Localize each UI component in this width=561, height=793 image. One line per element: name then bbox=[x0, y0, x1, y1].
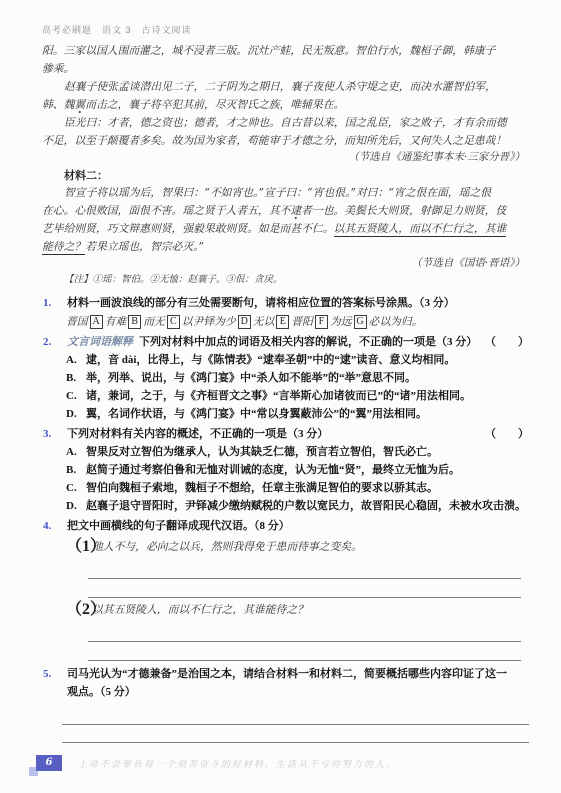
option-text: 举，列举、说出，与《鸿门宴》中“杀人如不能举”的“举”意思不同。 bbox=[86, 369, 416, 387]
option-label: B. bbox=[66, 461, 86, 479]
question-2-option-b[interactable]: B.举，列举、说出，与《鸿门宴》中“杀人如不能举”的“举”意思不同。 bbox=[42, 369, 529, 387]
question-5-text-line1: 司马光认为“才德兼备”是治国之本，请结合材料一和材料二，简要概括哪些内容印证了这… bbox=[67, 665, 529, 683]
answer-area-4-1 bbox=[88, 560, 521, 598]
underlined-sentence: 能待之？ bbox=[42, 240, 85, 255]
answer-line[interactable] bbox=[88, 560, 521, 579]
page-footer: 6 上帝不会辜负每一个刻苦奋斗的好材料，生活从不亏待努力的人。 bbox=[36, 755, 397, 771]
sub-item-sentence: 他人不与，必向之以兵，然则我得免于患而待事之变矣。 bbox=[92, 538, 362, 555]
question-3-option-c[interactable]: C.智伯向魏桓子索地，魏桓子不想给，任章主张满足智伯的要求以骄其志。 bbox=[42, 479, 529, 497]
sentence-segment: 必以为归。 bbox=[369, 315, 423, 328]
question-4-text: 把文中画横线的句子翻译成现代汉语。（8 分） bbox=[67, 517, 529, 535]
answer-area-5 bbox=[62, 707, 529, 743]
answer-line[interactable] bbox=[88, 642, 521, 661]
footnote: 【注】①瑶：智伯。②无恤：赵襄子。③佷：贪戾。 bbox=[42, 273, 529, 286]
text-segment: 在心。心佷败国，面佷不害。瑶之贤于人者五，其不 bbox=[42, 204, 290, 217]
material-one-source: （节选自《通鉴纪事本末·三家分晋》） bbox=[42, 150, 529, 165]
question-4-number: 4. bbox=[42, 517, 67, 535]
text-segment: 若果立瑶也，智宗必灭。” bbox=[85, 240, 204, 253]
answer-letter-box[interactable]: F bbox=[315, 315, 328, 329]
emphasis-dot-char: 逮 bbox=[290, 204, 301, 217]
question-3-option-d[interactable]: D.赵襄子退守晋阳时，尹铎减少缴纳赋税的户数以宽民力，故晋阳民心稳固，未被水攻击… bbox=[42, 497, 529, 515]
underlined-sentence: 以其五贤陵人，而以不仁行之，其谁 bbox=[334, 222, 507, 237]
question-3-option-b[interactable]: B.赵简子通过考察伯鲁和无恤对训诫的态度，认为无恤“贤”，最终立无恤为后。 bbox=[42, 461, 529, 479]
emphasis-dot-char: 翼 bbox=[74, 98, 85, 111]
text-segment: 艺毕给则贤，巧文辩惠则贤，强毅果敢则贤。如是而甚不仁。 bbox=[42, 222, 334, 235]
page-header: 高考必刷题 语文 3 古诗文阅读 bbox=[42, 24, 529, 36]
question-5-number: 5. bbox=[42, 665, 67, 701]
sub-item-label: （1） bbox=[66, 538, 92, 555]
option-label: B. bbox=[66, 369, 86, 387]
question-1: 1. 材料一画波浪线的部分有三处需要断句，请将相应位置的答案标号涂黑。（3 分） bbox=[42, 294, 529, 312]
question-1-number: 1. bbox=[42, 294, 67, 312]
material-two-heading: 材料二： bbox=[42, 169, 529, 184]
question-3: 3. 下列对材料有关内容的概述，不正确的一项是（3 分） （ ） bbox=[42, 425, 529, 443]
question-1-sentence: 晋国A有难B而无C以尹铎为少D无以E晋阳F为远G必以为归。 bbox=[42, 312, 529, 331]
material-two-line: 在心。心佷败国，面佷不害。瑶之贤于人者五，其不逮者一也。美鬓长大则贤，射御足力则… bbox=[42, 202, 529, 220]
knowledge-tag: 文言词语解释 bbox=[67, 333, 133, 351]
material-two-line: 能待之？若果立瑶也，智宗必灭。” bbox=[42, 238, 529, 256]
answer-letter-box[interactable]: E bbox=[276, 315, 289, 329]
material-one-line: 臣光曰：才者，德之资也；德者，才之帅也。自古昔以来，国之乱臣，家之败子，才有余而… bbox=[42, 114, 529, 132]
option-label: A. bbox=[66, 443, 86, 461]
answer-bracket[interactable]: （ ） bbox=[485, 333, 529, 351]
material-two-source: （节选自《国语·晋语》） bbox=[42, 256, 529, 271]
option-text: 赵简子通过考察伯鲁和无恤对训诫的态度，认为无恤“贤”，最终立无恤为后。 bbox=[86, 461, 460, 479]
question-5: 5. 司马光认为“才德兼备”是治国之本，请结合材料一和材料二，简要概括哪些内容印… bbox=[42, 665, 529, 701]
question-2-option-a[interactable]: A.逮，音 dài，比得上，与《陈情表》“逮奉圣朝”中的“逮”读音、意义均相同。 bbox=[42, 351, 529, 369]
answer-line[interactable] bbox=[62, 707, 529, 725]
answer-letter-box[interactable]: A bbox=[90, 315, 103, 329]
material-one-line: 不足，以至于颠覆者多矣。故为国为家者，苟能审于才德之分，而知所先后，又何失人之足… bbox=[42, 132, 529, 150]
question-4: 4. 把文中画横线的句子翻译成现代汉语。（8 分） bbox=[42, 517, 529, 535]
sentence-segment: 而无 bbox=[143, 315, 165, 328]
footer-quote: 上帝不会辜负每一个刻苦奋斗的好材料，生活从不亏待努力的人。 bbox=[78, 757, 397, 770]
material-one: 阳。三家以国人围而灌之，城不浸者三版。沉灶产蛙，民无叛意。智伯行水，魏桓子御，韩… bbox=[42, 42, 529, 165]
text-segment: 而击之，襄子将卒犯其前，尽灭智氏之族，唯辅果在。 bbox=[85, 98, 344, 111]
question-5-text-line2: 观点。（5 分） bbox=[67, 683, 529, 701]
question-4-sub1: （1） 他人不与，必向之以兵，然则我得免于患而待事之变矣。 bbox=[42, 538, 529, 555]
sentence-segment: 为远 bbox=[330, 315, 352, 328]
question-2-text: 下列对材料中加点的词语及相关内容的解说，不正确的一项是（3 分） bbox=[139, 333, 477, 351]
option-text: 智伯向魏桓子索地，魏桓子不想给，任章主张满足智伯的要求以骄其志。 bbox=[86, 479, 438, 497]
option-label: A. bbox=[66, 351, 86, 369]
answer-area-4-2 bbox=[88, 623, 521, 661]
option-label: D. bbox=[66, 497, 86, 515]
page-number: 6 bbox=[36, 755, 62, 771]
material-one-line: 韩、魏翼而击之，襄子将卒犯其前，尽灭智氏之族，唯辅果在。 bbox=[42, 96, 529, 114]
option-text: 智果反对立智伯为继承人，认为其缺乏仁德，预言若立智伯，智氏必亡。 bbox=[86, 443, 438, 461]
text-segment: 者一也。美鬓长大则贤，射御足力则贤，伎 bbox=[301, 204, 506, 217]
option-text: 赵襄子退守晋阳时，尹铎减少缴纳赋税的户数以宽民力，故晋阳民心稳固，未被水攻击溃。 bbox=[86, 497, 526, 515]
material-two-line: 智宣子将以瑶为后，智果曰：“不如宵也。”宣子曰：“宵也佷。”对曰：“宵之佷在面，… bbox=[42, 184, 529, 202]
sentence-segment: 晋阳 bbox=[291, 315, 313, 328]
answer-line[interactable] bbox=[88, 579, 521, 598]
question-4-sub2: （2） 以其五贤陵人，而以不仁行之，其谁能待之？ bbox=[42, 601, 529, 618]
question-2-number: 2. bbox=[42, 333, 67, 351]
exam-page: 高考必刷题 语文 3 古诗文阅读 阳。三家以国人围而灌之，城不浸者三版。沉灶产蛙… bbox=[0, 0, 561, 793]
answer-line[interactable] bbox=[62, 725, 529, 743]
question-3-text: 下列对材料有关内容的概述，不正确的一项是（3 分） bbox=[67, 425, 328, 443]
sub-item-sentence: 以其五贤陵人，而以不仁行之，其谁能待之？ bbox=[92, 601, 308, 618]
sentence-segment: 以尹铎为少 bbox=[182, 315, 236, 328]
option-text: 诸，兼词，之于，与《齐桓晋文之事》“言举斯心加诸彼而已”的“诸”用法相同。 bbox=[86, 387, 471, 405]
answer-letter-box[interactable]: G bbox=[354, 315, 367, 329]
option-text: 翼，名词作状语，与《鸿门宴》中“常以身翼蔽沛公”的“翼”用法相同。 bbox=[86, 405, 427, 423]
option-label: C. bbox=[66, 479, 86, 497]
option-label: D. bbox=[66, 405, 86, 423]
answer-bracket[interactable]: （ ） bbox=[485, 425, 529, 443]
question-1-text: 材料一画波浪线的部分有三处需要断句，请将相应位置的答案标号涂黑。（3 分） bbox=[67, 294, 529, 312]
option-text: 逮，音 dài，比得上，与《陈情表》“逮奉圣朝”中的“逮”读音、意义均相同。 bbox=[86, 351, 455, 369]
question-2-option-c[interactable]: C.诸，兼词，之于，与《齐桓晋文之事》“言举斯心加诸彼而已”的“诸”用法相同。 bbox=[42, 387, 529, 405]
material-one-line: 赵襄子使张孟谈潜出见二子，二子阴为之期日，襄子夜使人杀守堤之吏，而决水灌智伯军， bbox=[42, 78, 529, 96]
sub-item-label: （2） bbox=[66, 601, 92, 618]
option-label: C. bbox=[66, 387, 86, 405]
sentence-segment: 晋国 bbox=[66, 315, 88, 328]
question-2: 2. 文言词语解释 下列对材料中加点的词语及相关内容的解说，不正确的一项是（3 … bbox=[42, 333, 529, 351]
answer-line[interactable] bbox=[88, 623, 521, 642]
material-two-line: 艺毕给则贤，巧文辩惠则贤，强毅果敢则贤。如是而甚不仁。以其五贤陵人，而以不仁行之… bbox=[42, 220, 529, 238]
answer-letter-box[interactable]: C bbox=[167, 315, 180, 329]
question-3-option-a[interactable]: A.智果反对立智伯为继承人，认为其缺乏仁德，预言若立智伯，智氏必亡。 bbox=[42, 443, 529, 461]
material-one-line: 骖乘。 bbox=[42, 60, 529, 78]
question-2-option-d[interactable]: D.翼，名词作状语，与《鸿门宴》中“常以身翼蔽沛公”的“翼”用法相同。 bbox=[42, 405, 529, 423]
question-3-number: 3. bbox=[42, 425, 67, 443]
answer-letter-box[interactable]: B bbox=[128, 315, 141, 329]
sentence-segment: 无以 bbox=[253, 315, 275, 328]
sentence-segment: 有难 bbox=[105, 315, 127, 328]
answer-letter-box[interactable]: D bbox=[238, 315, 251, 329]
material-one-line: 阳。三家以国人围而灌之，城不浸者三版。沉灶产蛙，民无叛意。智伯行水，魏桓子御，韩… bbox=[42, 42, 529, 60]
text-segment: 韩、魏 bbox=[42, 98, 74, 111]
material-two: 材料二： 智宣子将以瑶为后，智果曰：“不如宵也。”宣子曰：“宵也佷。”对曰：“宵… bbox=[42, 169, 529, 271]
page-number-badge: 6 bbox=[36, 755, 62, 771]
